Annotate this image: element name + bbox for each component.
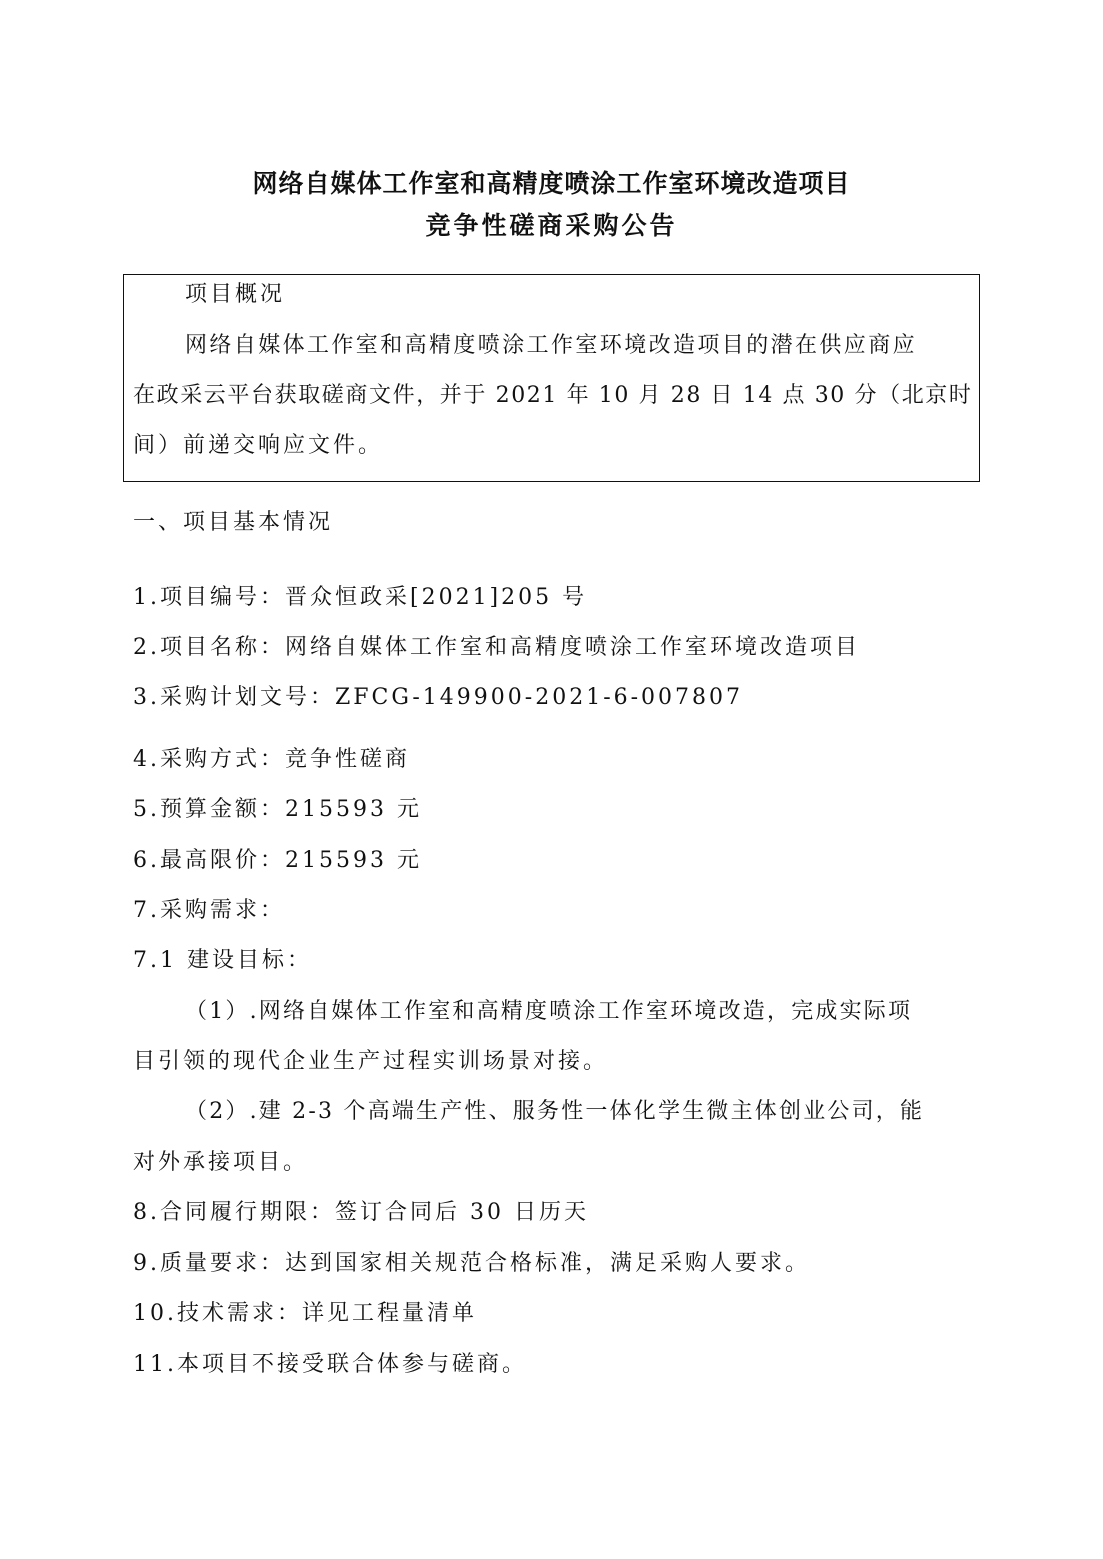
list-item: （2）.建 2-3 个高端生产性、服务性一体化学生微主体创业公司，能 [185, 1097, 924, 1127]
list-item: （1）.网络自媒体工作室和高精度喷涂工作室环境改造，完成实际项 [185, 997, 912, 1027]
list-item: 5.预算金额：215593 元 [133, 795, 422, 825]
list-item: 1.项目编号：晋众恒政采[2021]205 号 [133, 583, 587, 613]
list-item: 8.合同履行期限：签订合同后 30 日历天 [133, 1198, 589, 1228]
overview-line: 网络自媒体工作室和高精度喷涂工作室环境改造项目的潜在供应商应 [185, 331, 917, 361]
list-item: 4.采购方式：竞争性磋商 [133, 745, 410, 775]
overview-line: 在政采云平台获取磋商文件，并于 2021 年 10 月 28 日 14 点 30… [133, 381, 973, 411]
list-item: 11.本项目不接受联合体参与磋商。 [133, 1350, 527, 1380]
list-item: 7.1 建设目标： [133, 946, 312, 976]
list-item: 对外承接项目。 [133, 1148, 308, 1178]
list-item: 2.项目名称：网络自媒体工作室和高精度喷涂工作室环境改造项目 [133, 633, 860, 663]
overview-heading: 项目概况 [185, 280, 285, 310]
list-item: 6.最高限价：215593 元 [133, 846, 422, 876]
list-item: 目引领的现代企业生产过程实训场景对接。 [133, 1047, 608, 1077]
list-item: 10.技术需求：详见工程量清单 [133, 1299, 477, 1329]
list-item: 3.采购计划文号：ZFCG-149900-2021-6-007807 [133, 683, 743, 713]
list-item: 7.采购需求： [133, 896, 285, 926]
overview-line: 间）前递交响应文件。 [133, 431, 383, 461]
list-item: 9.质量要求：达到国家相关规范合格标准，满足采购人要求。 [133, 1249, 810, 1279]
document-title-line-1: 网络自媒体工作室和高精度喷涂工作室环境改造项目 [0, 164, 1103, 200]
section-heading: 一、项目基本情况 [133, 508, 333, 538]
document-title-line-2: 竞争性磋商采购公告 [0, 206, 1103, 242]
